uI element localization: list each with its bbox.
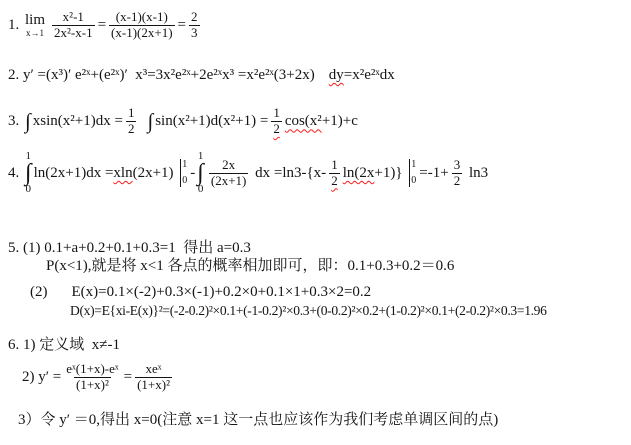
math-text: dy xyxy=(329,66,344,84)
integral-group: 1∫0 xyxy=(25,150,32,196)
fraction-denominator: (1+x)² xyxy=(135,377,172,393)
problem-5-part2-variance-line: D(x)=E{xi-E(x)}²=(-2-0.2)²×0.1+(-1-0.2)²… xyxy=(70,303,547,319)
integral-lower-limit: 0 xyxy=(198,183,204,196)
math-text: D(x)=E{xi-E(x)}²=(-2-0.2)²×0.1+(-1-0.2)²… xyxy=(70,303,547,319)
fraction-denominator: 2 xyxy=(271,121,282,137)
fraction-numerator: eˣ(1+x)-eˣ xyxy=(64,362,120,377)
bar-limits: 10 xyxy=(411,160,416,186)
fraction-denominator: (x-1)(2x+1) xyxy=(109,25,174,41)
problem-6-domain-line: 6. 1) 定义域 x≠-1 xyxy=(8,336,120,354)
math-text: 3）令 y′ ＝0,得出 x=0(注意 x=1 这一点也应该作为我们考虑单调区间… xyxy=(18,411,498,429)
integral-icon: ∫ xyxy=(197,163,204,183)
integral-group: 1∫0 xyxy=(197,150,204,196)
integral-icon: ∫ xyxy=(147,113,153,131)
fraction-denominator: 2 xyxy=(126,121,137,137)
math-text: 3. xyxy=(8,112,23,130)
math-fraction: 32 xyxy=(452,158,463,189)
math-fraction: 12 xyxy=(329,158,340,189)
math-fraction: 12 xyxy=(271,106,282,137)
math-text: cos(x² xyxy=(285,112,322,130)
math-text: P(x<1),就是将 x<1 各点的概率相加即可，即：0.1+0.3+0.2＝0… xyxy=(46,257,454,275)
fraction-denominator: 2 xyxy=(329,173,340,189)
fraction-denominator: (1+x)² xyxy=(74,377,111,393)
evaluation-bar: 10 xyxy=(409,157,416,189)
problem-6-critical-point-line: 3）令 y′ ＝0,得出 x=0(注意 x=1 这一点也应该作为我们考虑单调区间… xyxy=(18,411,498,429)
fraction-numerator: 1 xyxy=(271,106,282,121)
integral-group: ∫ xyxy=(25,113,31,131)
math-text: 4. xyxy=(8,164,23,182)
math-fraction: eˣ(1+x)-eˣ(1+x)² xyxy=(64,362,120,393)
evaluation-bar: 10 xyxy=(180,157,187,189)
math-fraction: 23 xyxy=(189,10,200,41)
math-fraction: xeˣ(1+x)² xyxy=(135,362,172,393)
fraction-numerator: 2x xyxy=(220,158,237,173)
math-text: xsin(x²+1)dx = xyxy=(33,112,123,130)
limit-label: lim xyxy=(25,13,45,28)
math-text: xln xyxy=(113,164,132,182)
math-text: = xyxy=(98,16,106,34)
problem-5-part1-equation-line: 5. (1) 0.1+a+0.2+0.1+0.3=1 得出 a=0.3 xyxy=(8,239,251,257)
limit-subscript: x→1 xyxy=(26,29,44,38)
fraction-numerator: xeˣ xyxy=(144,362,164,377)
math-text: =x²e²ˣdx xyxy=(344,66,395,84)
math-text: - xyxy=(190,164,195,182)
math-text: (2) xyxy=(30,283,48,301)
math-text: sin(x²+1)d(x²+1) = xyxy=(155,112,268,130)
fraction-denominator: 2x²-x-1 xyxy=(52,25,95,41)
math-text: = xyxy=(124,368,132,386)
problem-1-limit-line: 1. limx→1x²-12x²-x-1=(x-1)(x-1)(x-1)(2x+… xyxy=(8,10,203,41)
problem-5-part1-probability-line: P(x<1),就是将 x<1 各点的概率相加即可，即：0.1+0.3+0.2＝0… xyxy=(46,257,454,275)
bar-line-icon xyxy=(180,159,181,187)
math-text: 6. 1) 定义域 x≠-1 xyxy=(8,336,120,354)
math-text: 2) y′ = xyxy=(22,368,61,386)
problem-5-part2-expectation-line: (2)E(x)=0.1×(-2)+0.3×(-1)+0.2×0+0.1×1+0.… xyxy=(30,283,371,301)
math-text: dx =ln3-{x- xyxy=(251,164,326,182)
math-fraction: (x-1)(x-1)(x-1)(2x+1) xyxy=(109,10,174,41)
math-text: ln(2x+1)dx = xyxy=(34,164,114,182)
problem-4-definite-integral-line: 4. 1∫0ln(2x+1)dx =xln(2x+1) 10-1∫02x(2x+… xyxy=(8,150,488,196)
math-text: ln(2x xyxy=(343,164,375,182)
math-text: +1)} xyxy=(374,164,406,182)
math-text: = xyxy=(178,16,186,34)
bar-lower-limit: 0 xyxy=(411,176,416,186)
fraction-denominator: 3 xyxy=(189,25,200,41)
fraction-numerator: x²-1 xyxy=(61,10,86,25)
fraction-numerator: 1 xyxy=(126,106,137,121)
problem-2-derivative-line: 2. y′ =(x³)′ e²ˣ+(e²ˣ)′ x³=3x²e²ˣ+2e²ˣx³… xyxy=(8,66,395,84)
integral-icon: ∫ xyxy=(25,113,31,131)
math-fraction: 2x(2x+1) xyxy=(209,158,249,189)
problem-6-derivative-line: 2) y′ =eˣ(1+x)-eˣ(1+x)²=xeˣ(1+x)² xyxy=(22,362,175,393)
bar-lower-limit: 0 xyxy=(182,176,187,186)
math-text: 1. xyxy=(8,16,23,34)
math-fraction: 12 xyxy=(126,106,137,137)
math-text: 5. (1) 0.1+a+0.2+0.1+0.3=1 得出 a=0.3 xyxy=(8,239,251,257)
limit-operator: limx→1 xyxy=(25,13,45,38)
math-text: E(x)=0.1×(-2)+0.3×(-1)+0.2×0+0.1×1+0.3×2… xyxy=(72,283,372,301)
fraction-numerator: 3 xyxy=(452,158,463,173)
math-text: ln3 xyxy=(465,164,488,182)
fraction-numerator: 2 xyxy=(189,10,200,25)
integral-lower-limit: 0 xyxy=(26,183,32,196)
fraction-numerator: (x-1)(x-1) xyxy=(114,10,170,25)
integral-group: ∫ xyxy=(147,113,153,131)
math-fraction: x²-12x²-x-1 xyxy=(52,10,95,41)
bar-upper-limit: 1 xyxy=(411,160,416,170)
integral-icon: ∫ xyxy=(25,163,32,183)
fraction-denominator: 2 xyxy=(452,173,463,189)
document-page: { "page": { "background": "#ffffff", "te… xyxy=(0,0,631,445)
math-text: 2. y′ =(x³)′ e²ˣ+(e²ˣ)′ x³=3x²e²ˣ+2e²ˣx³… xyxy=(8,66,315,84)
math-text: (2x+1) xyxy=(133,164,178,182)
fraction-numerator: 1 xyxy=(329,158,340,173)
math-text: +1)+c xyxy=(322,112,358,130)
bar-line-icon xyxy=(409,159,410,187)
problem-3-integral-line: 3. ∫xsin(x²+1)dx =12∫sin(x²+1)d(x²+1) =1… xyxy=(8,106,358,137)
bar-limits: 10 xyxy=(182,160,187,186)
fraction-denominator: (2x+1) xyxy=(209,173,249,189)
math-text: =-1+ xyxy=(419,164,448,182)
bar-upper-limit: 1 xyxy=(182,160,187,170)
